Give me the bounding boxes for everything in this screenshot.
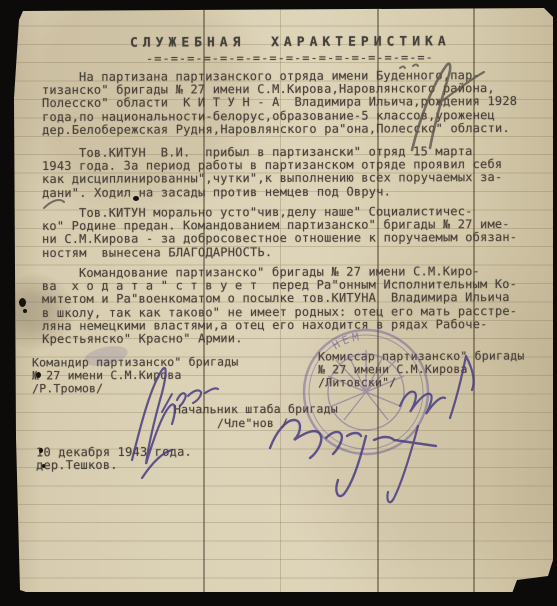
paper-speck	[39, 448, 43, 453]
paper-speck	[23, 309, 27, 313]
document-page: СЛУЖЕБНАЯ ХАРАКТЕРИСТИКА -=-=-=-=-=-=-=-…	[14, 8, 553, 592]
paper-hole	[19, 298, 26, 307]
commissar-signature-block: Комиссар партизанско" бригады № 27 имени…	[318, 350, 525, 390]
document-title: СЛУЖЕБНАЯ ХАРАКТЕРИСТИКА	[130, 35, 451, 50]
paper-speck	[36, 372, 41, 378]
commander-signature-block: Командир партизанско" бригады № 27 имени…	[32, 356, 239, 396]
paragraph-petition: Командование партизанско" бригады № 27 и…	[42, 265, 518, 346]
paper-speck	[133, 196, 139, 201]
paragraph-commendation: Тов.КИТУН морально усто"чив,делу наше" С…	[42, 205, 517, 260]
paragraph-intro: На партизана партизанского отряда имени …	[42, 69, 517, 137]
chief-signature-ink	[270, 420, 436, 496]
ink-slash	[162, 394, 172, 412]
paper-speck	[42, 464, 45, 468]
paragraph-service: Тов.КИТУН В.И. прибыл в партизански" отр…	[42, 145, 503, 200]
chief-of-staff-name: /Чле"нов /	[217, 417, 288, 430]
chief-of-staff-title: Начальник штаба бригады	[174, 403, 338, 417]
place-line: дер.Тешков.	[36, 459, 118, 473]
title-underline: -=-=-=-=-=-=-=-=-=-=-=-=-=-=-=-=-=-	[146, 51, 434, 65]
